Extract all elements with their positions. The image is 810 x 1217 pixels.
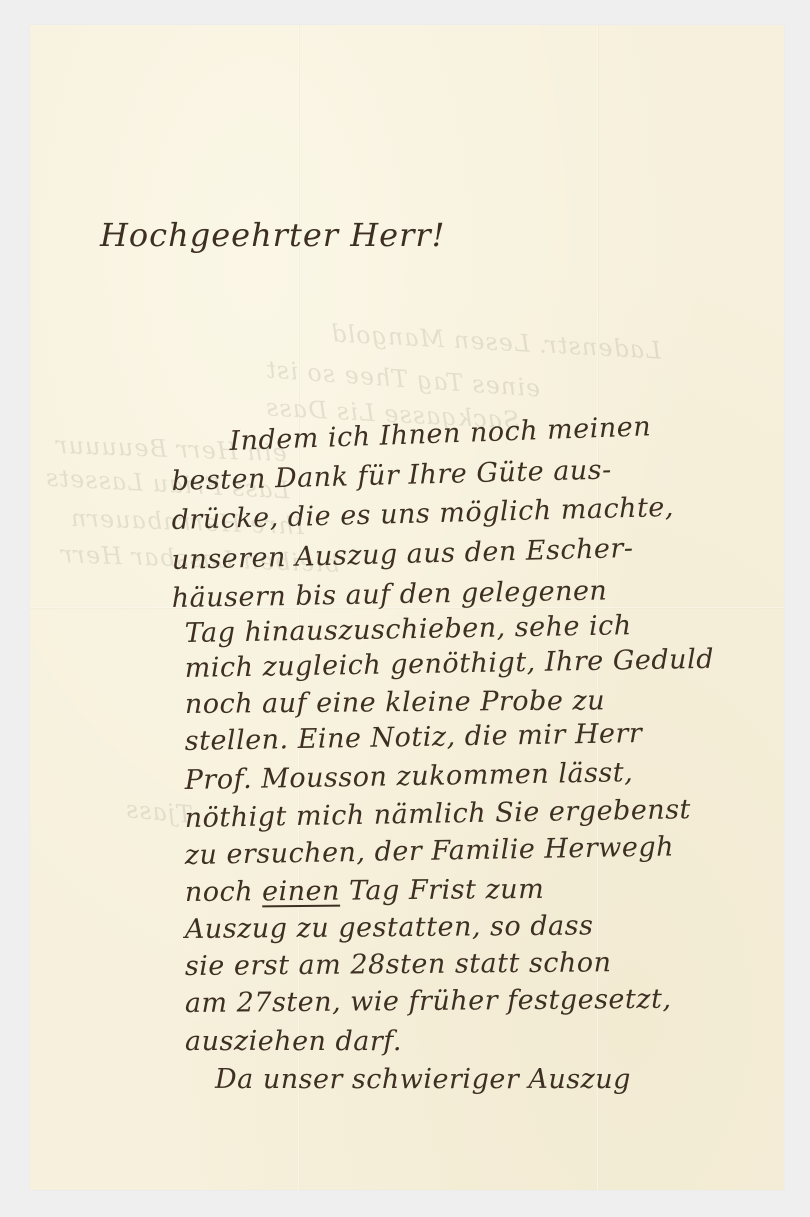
letter-line-17: ausziehen darf.	[185, 1026, 402, 1057]
letter-line-8: noch auf eine kleine Probe zu	[185, 685, 605, 720]
letter-line-13: noch einen Tag Frist zum	[185, 874, 545, 908]
letter-line-16: am 27sten, wie früher festgesetzt,	[185, 984, 672, 1019]
letter-line-14: Auszug zu gestatten, so dass	[185, 910, 594, 945]
bleed-through-line: Tjass	[124, 795, 194, 829]
salutation: Hochgeehrter Herr!	[100, 216, 446, 254]
letter-line-4: unseren Auszug aus den Escher-	[171, 533, 634, 576]
letter-line-11: nöthigt mich nämlich Sie ergebenst	[184, 794, 691, 834]
letter-line-9: stellen. Eine Notiz, die mir Herr	[184, 718, 642, 757]
letter-line-12: zu ersuchen, der Familie Herwegh	[184, 831, 674, 871]
letter-line-13-text: noch	[185, 876, 263, 908]
letter-page: Ladenstr. Lesen Mangold eines Tag Thee s…	[30, 25, 784, 1190]
bleed-through-line: Ladenstr. Lesen Mangold	[329, 319, 661, 364]
letter-line-15: sie erst am 28sten statt schon	[185, 947, 612, 982]
underlined-word: einen	[262, 876, 340, 908]
letter-line-18: Da unser schwieriger Auszug	[215, 1064, 631, 1095]
letter-line-10: Prof. Mousson zukommen lässt,	[184, 757, 633, 796]
letter-line-13-text-end: Tag Frist zum	[340, 874, 545, 907]
letter-line-7: mich zugleich genöthigt, Ihre Geduld	[184, 644, 714, 684]
letter-line-6: Tag hinauszuschieben, sehe ich	[184, 610, 631, 649]
